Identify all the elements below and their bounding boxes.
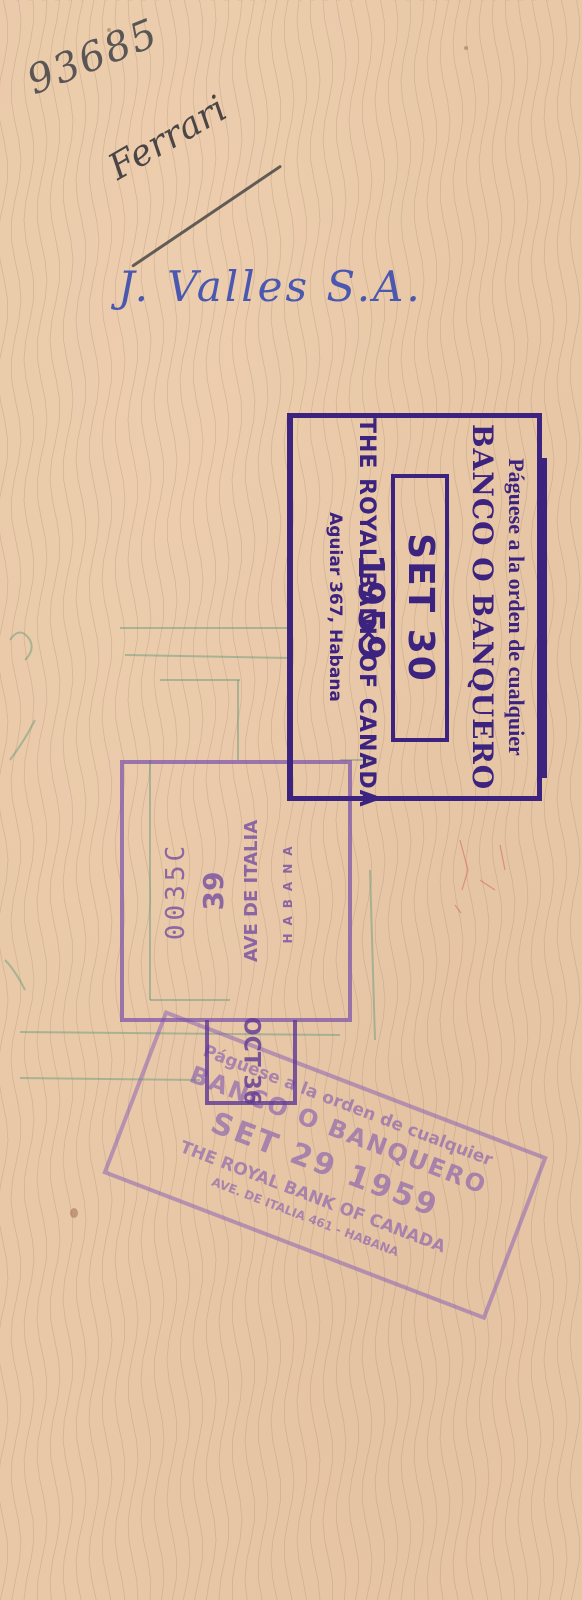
signature-underline xyxy=(131,165,282,268)
paper-speck xyxy=(107,28,111,32)
paper-speck xyxy=(464,46,468,50)
stamp-date: SET 30 1959 xyxy=(391,474,449,742)
stamp-city: HABANA xyxy=(281,766,295,1016)
stamp-bank-name: THE ROYAL BANK OF CANADA xyxy=(354,418,379,796)
pencil-signature: Ferrari xyxy=(102,88,234,188)
paper-stain xyxy=(70,1208,78,1218)
stamp-edge-line xyxy=(542,458,547,778)
stamp-order-text: Páguese a la orden de cualquier xyxy=(503,418,529,796)
branch-stamp-date: OCT 36 xyxy=(239,1016,264,1104)
endorsement-stamp-angled: Páguese a la orden de cualquier BANCO O … xyxy=(102,1010,547,1320)
ink-endorsement: J. Valles S.A. xyxy=(118,262,423,311)
endorsement-stamp-main: Páguese a la orden de cualquier BANCO O … xyxy=(287,413,542,801)
stamp-address: Aguiar 367, Habana xyxy=(325,418,345,796)
stamp-branch: AVE DE ITALIA xyxy=(241,766,262,1016)
stamp-serial-number: 0035C xyxy=(161,766,191,1016)
stamp-banquero-text: BANCO O BANQUERO xyxy=(466,418,499,796)
check-back: 93685 Ferrari J. Valles S.A. Páguese a l… xyxy=(0,0,582,1600)
branch-stamp-date-box: OCT 36 xyxy=(205,1020,297,1105)
stamp-serial-number-2: 39 xyxy=(197,766,230,1016)
reference-number: 93685 xyxy=(21,10,165,104)
